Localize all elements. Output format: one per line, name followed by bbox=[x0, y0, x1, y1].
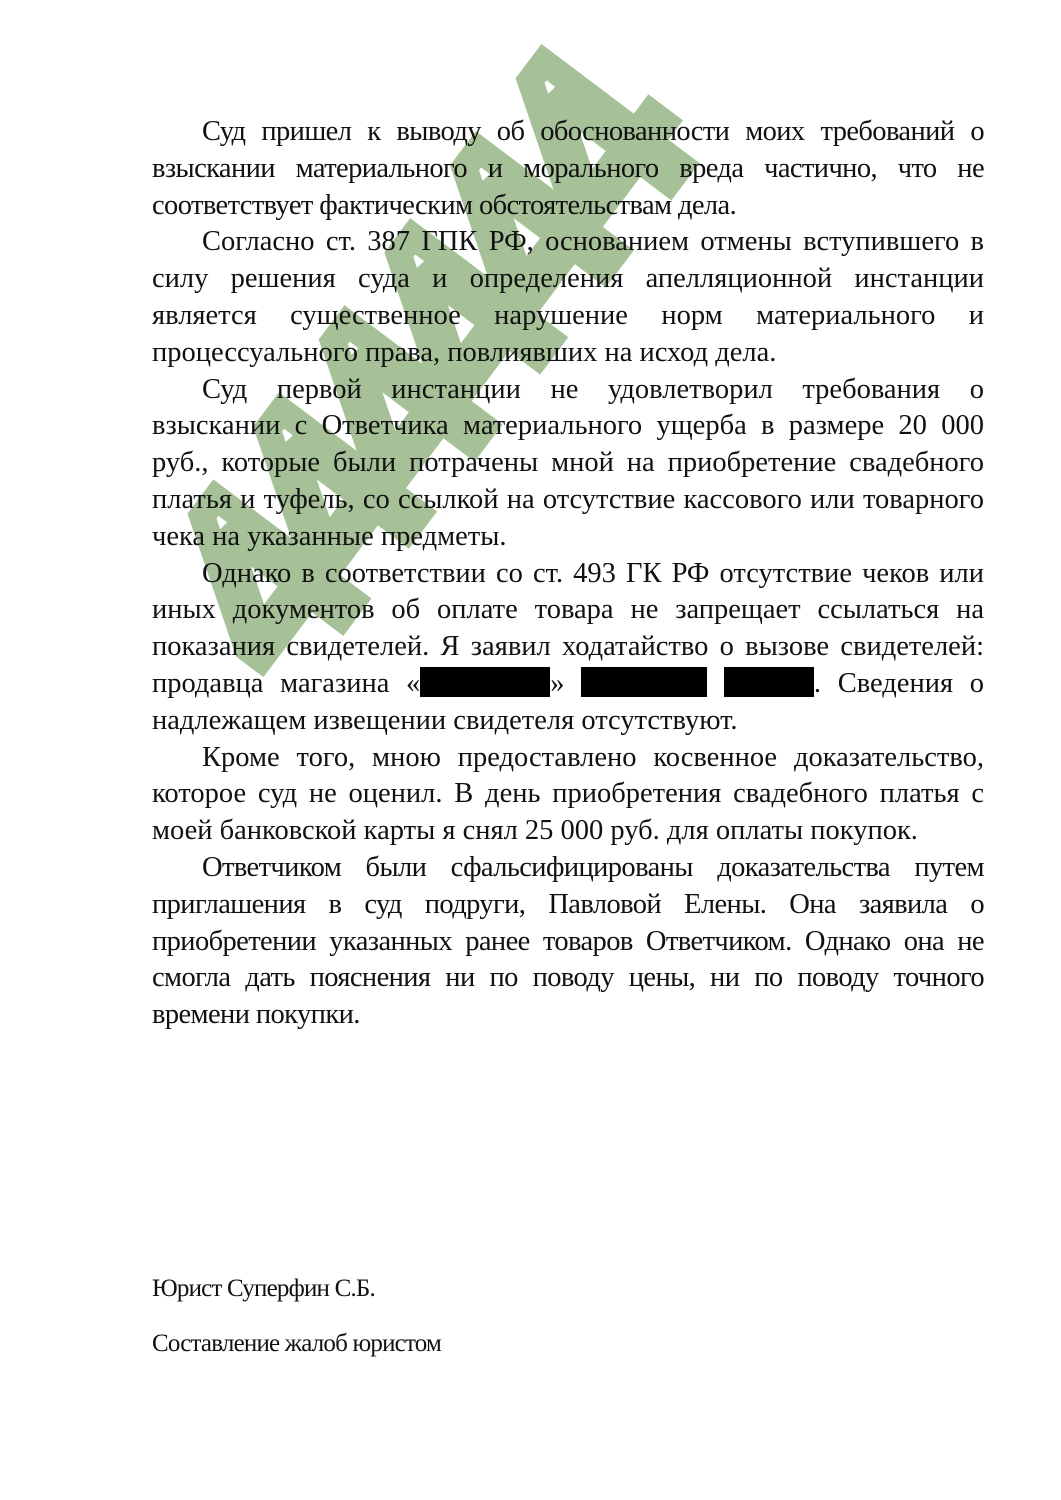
document-page: 444444 Суд пришел к выводу об обоснованн… bbox=[0, 0, 1061, 1500]
redacted-witness-name-part2 bbox=[724, 667, 814, 697]
paragraph-2: Согласно ст. 387 ГПК РФ, основанием отме… bbox=[152, 224, 984, 371]
paragraph-6: Ответчиком были сфальсифицированы доказа… bbox=[152, 850, 984, 1034]
paragraph-5: Кроме того, мною предоставлено косвенное… bbox=[152, 740, 984, 850]
footer-note: Составление жалоб юристом bbox=[152, 1330, 441, 1358]
redacted-witness-name-part1 bbox=[581, 667, 707, 697]
document-body: Суд пришел к выводу об обоснованности мо… bbox=[152, 114, 984, 1034]
paragraph-4-text-middle: » bbox=[550, 668, 564, 699]
redacted-store-name bbox=[420, 667, 550, 697]
paragraph-1: Суд пришел к выводу об обоснованности мо… bbox=[152, 114, 984, 224]
paragraph-4: Однако в соответствии со ст. 493 ГК РФ о… bbox=[152, 556, 984, 740]
paragraph-3: Суд первой инстанции не удовлетворил тре… bbox=[152, 372, 984, 556]
signature-line: Юрист Суперфин С.Б. bbox=[152, 1275, 375, 1303]
